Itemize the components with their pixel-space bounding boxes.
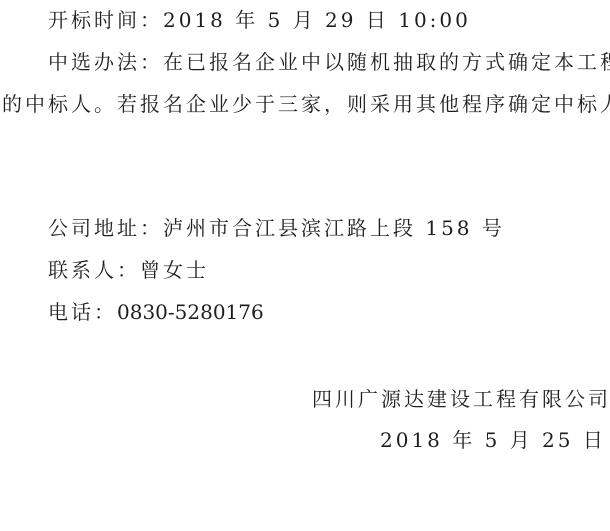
company-address-label: 公司地址： (48, 216, 163, 240)
phone: 电话：0830-5280176 (48, 300, 264, 324)
bid-opening-time: 开标时间：2018 年 5 月 29 日 10:00 (48, 8, 471, 32)
signature-date: 2018 年 5 月 25 日 (380, 428, 606, 452)
bid-opening-label: 开标时间： (48, 8, 163, 32)
selection-method-text-line1: 在已报名企业中以随机抽取的方式确定本工程 (163, 50, 610, 74)
company-address-value: 泸州市合江县滨江路上段 158 号 (163, 216, 505, 240)
contact-person-value: 曾女士 (140, 258, 209, 282)
selection-method-label: 中选办法： (48, 50, 163, 74)
selection-method-text-line2: 的中标人。若报名企业少于三家，则采用其他程序确定中标人。 (2, 92, 610, 116)
selection-method-continued: 的中标人。若报名企业少于三家，则采用其他程序确定中标人。 (2, 92, 610, 116)
bid-opening-value: 2018 年 5 月 29 日 10:00 (163, 8, 471, 32)
phone-label: 电话： (48, 300, 117, 324)
signature-company: 四川广源达建设工程有限公司 (312, 387, 610, 411)
selection-method: 中选办法：在已报名企业中以随机抽取的方式确定本工程 (48, 50, 610, 74)
contact-person-label: 联系人： (48, 258, 140, 282)
phone-value: 0830-5280176 (117, 300, 264, 324)
signature-company-name: 四川广源达建设工程有限公司 (312, 387, 610, 411)
company-address: 公司地址：泸州市合江县滨江路上段 158 号 (48, 216, 505, 240)
contact-person: 联系人：曾女士 (48, 258, 209, 282)
signature-date-value: 2018 年 5 月 25 日 (380, 428, 606, 452)
